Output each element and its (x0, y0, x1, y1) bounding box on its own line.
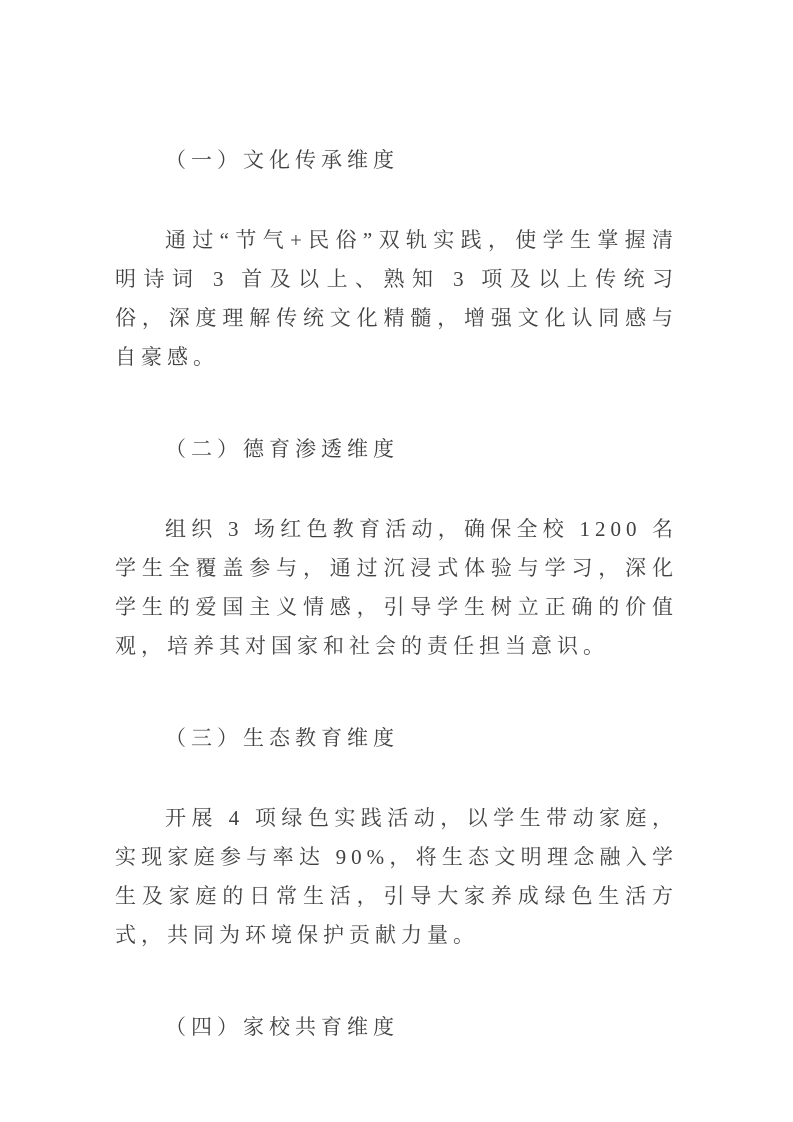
section-culture: （一）文化传承维度 通过“节气+民俗”双轨实践，使学生掌握清明诗词 3 首及以上… (115, 141, 678, 377)
section-heading: （三）生态教育维度 (115, 719, 678, 758)
section-heading: （二）德育渗透维度 (115, 430, 678, 469)
section-home-school: （四）家校共育维度 (115, 1008, 678, 1047)
section-paragraph: 开展 4 项绿色实践活动，以学生带动家庭，实现家庭参与率达 90%，将生态文明理… (115, 799, 678, 955)
section-heading: （四）家校共育维度 (115, 1008, 678, 1047)
section-heading: （一）文化传承维度 (115, 141, 678, 180)
section-moral: （二）德育渗透维度 组织 3 场红色教育活动，确保全校 1200 名学生全覆盖参… (115, 430, 678, 666)
section-paragraph: 通过“节气+民俗”双轨实践，使学生掌握清明诗词 3 首及以上、熟知 3 项及以上… (115, 221, 678, 377)
document-page: （一）文化传承维度 通过“节气+民俗”双轨实践，使学生掌握清明诗词 3 首及以上… (0, 0, 793, 1122)
section-paragraph: 组织 3 场红色教育活动，确保全校 1200 名学生全覆盖参与，通过沉浸式体验与… (115, 510, 678, 666)
section-ecology: （三）生态教育维度 开展 4 项绿色实践活动，以学生带动家庭，实现家庭参与率达 … (115, 719, 678, 955)
